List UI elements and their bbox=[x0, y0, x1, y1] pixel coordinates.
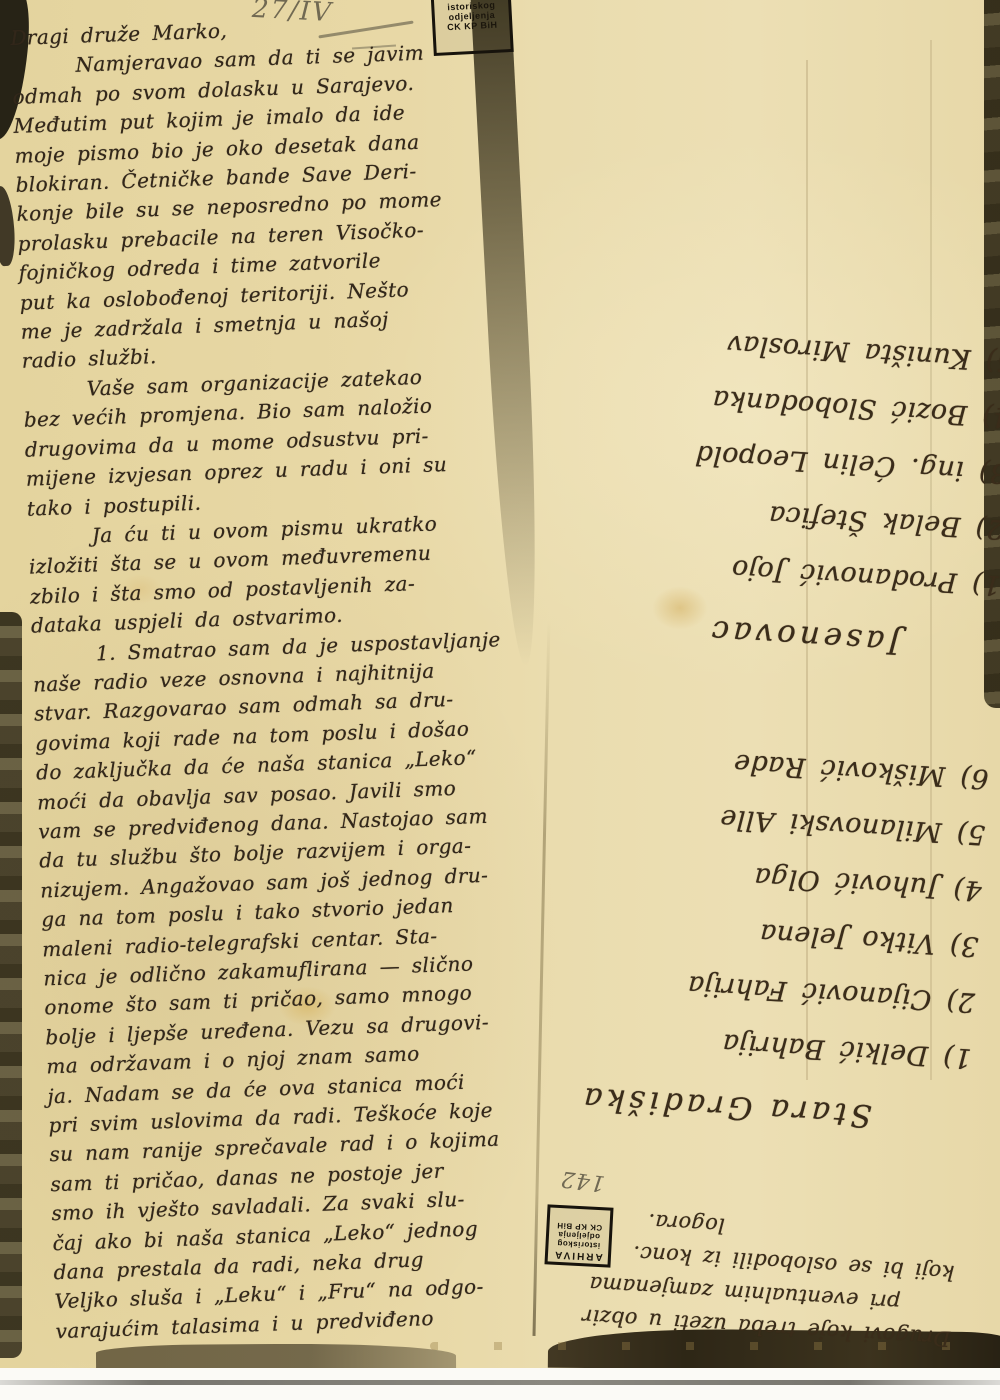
paper-sheet: 27/IV 142 ARHIVAistoriskogodjeljenjaCK K… bbox=[0, 0, 1000, 1368]
scan-background-strip bbox=[0, 1368, 1000, 1400]
verso-note: Drugovi koje treba uzeti u obzirpri even… bbox=[480, 1194, 957, 1354]
camp-list-title: Stara Gradiška bbox=[493, 1075, 872, 1134]
camp-list-section: Jasenovac1) Prodanović Jojo2) Belak Štef… bbox=[522, 304, 1000, 666]
photo-edge-band-left bbox=[0, 612, 22, 1358]
letter-body: Dragi druže Marko,Namjeravao sam da ti s… bbox=[10, 7, 536, 1346]
torn-edge-bottom-left bbox=[96, 1343, 456, 1372]
verso-page: Drugovi koje treba uzeti u obzirpri even… bbox=[520, 0, 998, 1362]
letter-photograph: 27/IV 142 ARHIVAistoriskogodjeljenjaCK K… bbox=[0, 0, 1000, 1400]
camp-list-section: Stara Gradiška1) Delkić Bahrija2) Cijano… bbox=[493, 721, 990, 1139]
verso-sections: Stara Gradiška1) Delkić Bahrija2) Cijano… bbox=[493, 304, 1000, 1140]
verso-content-rotated: Drugovi koje treba uzeti u obzirpri even… bbox=[479, 0, 1000, 1375]
camp-list-title: Jasenovac bbox=[522, 602, 901, 661]
scan-shadow-line bbox=[0, 1380, 1000, 1385]
photo-edge-mark-left bbox=[0, 185, 17, 266]
